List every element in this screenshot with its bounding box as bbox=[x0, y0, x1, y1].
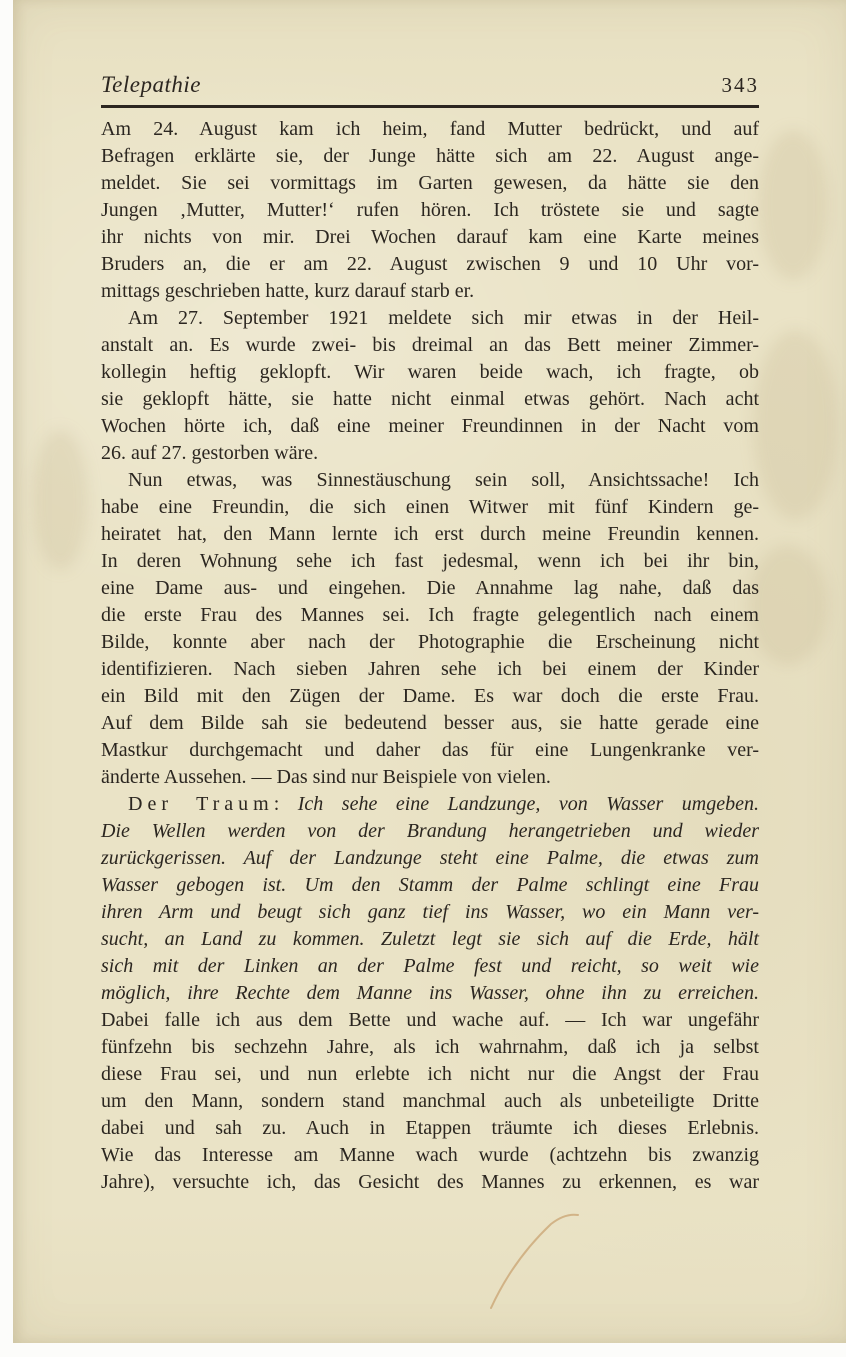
text-line: um den Mann, sondern stand manchmal auch… bbox=[101, 1088, 759, 1115]
body-text: mittags geschrieben hatte, kurz darauf s… bbox=[101, 280, 474, 302]
text-line: 26. auf 27. gestorben wäre. bbox=[101, 440, 759, 467]
paragraph: Am 27. September 1921 meldete sich mir e… bbox=[101, 305, 759, 467]
show-through-blotch bbox=[33, 430, 88, 570]
body-text: änderte Aussehen. — Das sind nur Beispie… bbox=[101, 766, 551, 788]
paper-scratch bbox=[471, 1198, 601, 1328]
letterspaced-text: Der Traum bbox=[128, 793, 274, 815]
body-text: sie geklopft hätte, sie hatte nicht einm… bbox=[101, 388, 759, 410]
scanned-book-page: { "colors": { "paper": "#eae3c6", "ink":… bbox=[0, 0, 846, 1357]
body-text: Bilde, konnte aber nach der Photographie… bbox=[101, 631, 759, 653]
italic-text: sucht, an Land zu kommen. Zuletzt legt s… bbox=[101, 928, 759, 950]
running-title: Telepathie bbox=[101, 72, 201, 98]
text-line: Der Traum: Ich sehe eine Landzunge, von … bbox=[101, 791, 759, 818]
text-line: ihr nichts von mir. Drei Wochen darauf k… bbox=[101, 224, 759, 251]
body-text: meldet. Sie sei vormittags im Garten gew… bbox=[101, 172, 759, 194]
body-text: Dabei falle ich aus dem Bette und wache … bbox=[101, 1009, 759, 1031]
text-line: änderte Aussehen. — Das sind nur Beispie… bbox=[101, 764, 759, 791]
body-text: kollegin heftig geklopft. Wir waren beid… bbox=[101, 361, 759, 383]
book-page-paper: Telepathie 343 Am 24. August kam ich hei… bbox=[13, 0, 846, 1343]
text-line: Wie das Interesse am Manne wach wurde (a… bbox=[101, 1142, 759, 1169]
text-line: Bilde, konnte aber nach der Photographie… bbox=[101, 629, 759, 656]
body-text: Auf dem Bilde sah sie bedeutend besser a… bbox=[101, 712, 759, 734]
body-text: Wie das Interesse am Manne wach wurde (a… bbox=[101, 1144, 759, 1166]
paragraph: Am 24. August kam ich heim, fand Mutter … bbox=[101, 116, 759, 305]
text-block: Am 24. August kam ich heim, fand Mutter … bbox=[101, 116, 759, 1196]
body-text: heiratet hat, den Mann lernte ich erst d… bbox=[101, 523, 759, 545]
text-line: sucht, an Land zu kommen. Zuletzt legt s… bbox=[101, 926, 759, 953]
body-text: Wochen hörte ich, daß eine meiner Freund… bbox=[101, 415, 759, 437]
text-line: heiratet hat, den Mann lernte ich erst d… bbox=[101, 521, 759, 548]
italic-text: Die Wellen werden von der Brandung heran… bbox=[101, 820, 759, 842]
body-text: die erste Frau des Mannes sei. Ich fragt… bbox=[101, 604, 759, 626]
italic-text: möglich, ihre Rechte dem Manne ins Wasse… bbox=[101, 982, 759, 1004]
body-text: Mastkur durchgemacht und daher das für e… bbox=[101, 739, 759, 761]
page-header: Telepathie 343 bbox=[101, 72, 759, 108]
text-line: Jungen ‚Mutter, Mutter!‘ rufen hören. Ic… bbox=[101, 197, 759, 224]
text-line: Am 27. September 1921 meldete sich mir e… bbox=[101, 305, 759, 332]
text-line: Auf dem Bilde sah sie bedeutend besser a… bbox=[101, 710, 759, 737]
body-text: um den Mann, sondern stand manchmal auch… bbox=[101, 1090, 759, 1112]
show-through-blotch bbox=[748, 545, 828, 665]
body-text: eine Dame aus- und eingehen. Die Annahme… bbox=[101, 577, 759, 599]
body-text: Jungen ‚Mutter, Mutter!‘ rufen hören. Ic… bbox=[101, 199, 759, 221]
text-line: ein Bild mit den Zügen der Dame. Es war … bbox=[101, 683, 759, 710]
body-text: habe eine Freundin, die sich einen Witwe… bbox=[101, 496, 759, 518]
text-line: Am 24. August kam ich heim, fand Mutter … bbox=[101, 116, 759, 143]
text-line: In deren Wohnung sehe ich fast jedesmal,… bbox=[101, 548, 759, 575]
italic-text: sich mit der Linken an der Palme fest un… bbox=[101, 955, 759, 977]
body-text: 26. auf 27. gestorben wäre. bbox=[101, 442, 318, 464]
body-text: In deren Wohnung sehe ich fast jedesmal,… bbox=[101, 550, 759, 572]
text-line: identifizieren. Nach sieben Jahren sehe … bbox=[101, 656, 759, 683]
text-line: Befragen erklärte sie, der Junge hätte s… bbox=[101, 143, 759, 170]
italic-text: zurückgerissen. Auf der Landzunge steht … bbox=[101, 847, 759, 869]
paragraph: Nun etwas, was Sinnestäuschung sein soll… bbox=[101, 467, 759, 791]
text-line: sie geklopft hätte, sie hatte nicht einm… bbox=[101, 386, 759, 413]
text-line: möglich, ihre Rechte dem Manne ins Wasse… bbox=[101, 980, 759, 1007]
body-text: Am 27. September 1921 meldete sich mir e… bbox=[128, 307, 759, 329]
body-text: Jahre), versuchte ich, das Gesicht des M… bbox=[101, 1171, 759, 1193]
body-text: ein Bild mit den Zügen der Dame. Es war … bbox=[101, 685, 759, 707]
paragraph: Der Traum: Ich sehe eine Landzunge, von … bbox=[101, 791, 759, 1196]
text-line: anstalt an. Es wurde zwei- bis dreimal a… bbox=[101, 332, 759, 359]
text-line: fünfzehn bis sechzehn Jahre, als ich wah… bbox=[101, 1034, 759, 1061]
italic-text: Wasser gebogen ist. Um den Stamm der Pal… bbox=[101, 874, 759, 896]
text-line: diese Frau sei, und nun erlebte ich nich… bbox=[101, 1061, 759, 1088]
body-text: diese Frau sei, und nun erlebte ich nich… bbox=[101, 1063, 759, 1085]
text-line: die erste Frau des Mannes sei. Ich fragt… bbox=[101, 602, 759, 629]
body-text: fünfzehn bis sechzehn Jahre, als ich wah… bbox=[101, 1036, 759, 1058]
text-line: kollegin heftig geklopft. Wir waren beid… bbox=[101, 359, 759, 386]
text-line: habe eine Freundin, die sich einen Witwe… bbox=[101, 494, 759, 521]
text-line: Dabei falle ich aus dem Bette und wache … bbox=[101, 1007, 759, 1034]
italic-text: ihren Arm und beugt sich ganz tief ins W… bbox=[101, 901, 759, 923]
text-line: Die Wellen werden von der Brandung heran… bbox=[101, 818, 759, 845]
text-line: Mastkur durchgemacht und daher das für e… bbox=[101, 737, 759, 764]
body-text: Am 24. August kam ich heim, fand Mutter … bbox=[101, 118, 759, 140]
text-line: mittags geschrieben hatte, kurz darauf s… bbox=[101, 278, 759, 305]
text-line: ihren Arm und beugt sich ganz tief ins W… bbox=[101, 899, 759, 926]
text-line: Jahre), versuchte ich, das Gesicht des M… bbox=[101, 1169, 759, 1196]
show-through-blotch bbox=[758, 130, 828, 280]
text-line: meldet. Sie sei vormittags im Garten gew… bbox=[101, 170, 759, 197]
italic-text: Ich sehe eine Landzunge, von Wasser umge… bbox=[279, 793, 759, 815]
body-text: Befragen erklärte sie, der Junge hätte s… bbox=[101, 145, 759, 167]
text-line: Wasser gebogen ist. Um den Stamm der Pal… bbox=[101, 872, 759, 899]
text-line: sich mit der Linken an der Palme fest un… bbox=[101, 953, 759, 980]
text-line: zurückgerissen. Auf der Landzunge steht … bbox=[101, 845, 759, 872]
text-line: eine Dame aus- und eingehen. Die Annahme… bbox=[101, 575, 759, 602]
text-line: Bruders an, die er am 22. August zwische… bbox=[101, 251, 759, 278]
page-number: 343 bbox=[722, 73, 760, 98]
body-text: anstalt an. Es wurde zwei- bis dreimal a… bbox=[101, 334, 759, 356]
text-line: Wochen hörte ich, daß eine meiner Freund… bbox=[101, 413, 759, 440]
body-text: Nun etwas, was Sinnestäuschung sein soll… bbox=[128, 469, 759, 491]
body-text: ihr nichts von mir. Drei Wochen darauf k… bbox=[101, 226, 759, 248]
body-text: identifizieren. Nach sieben Jahren sehe … bbox=[101, 658, 759, 680]
text-line: dabei und sah zu. Auch in Etappen träumt… bbox=[101, 1115, 759, 1142]
body-text: Bruders an, die er am 22. August zwische… bbox=[101, 253, 759, 275]
body-text: dabei und sah zu. Auch in Etappen träumt… bbox=[101, 1117, 759, 1139]
text-line: Nun etwas, was Sinnestäuschung sein soll… bbox=[101, 467, 759, 494]
show-through-blotch bbox=[753, 330, 838, 520]
